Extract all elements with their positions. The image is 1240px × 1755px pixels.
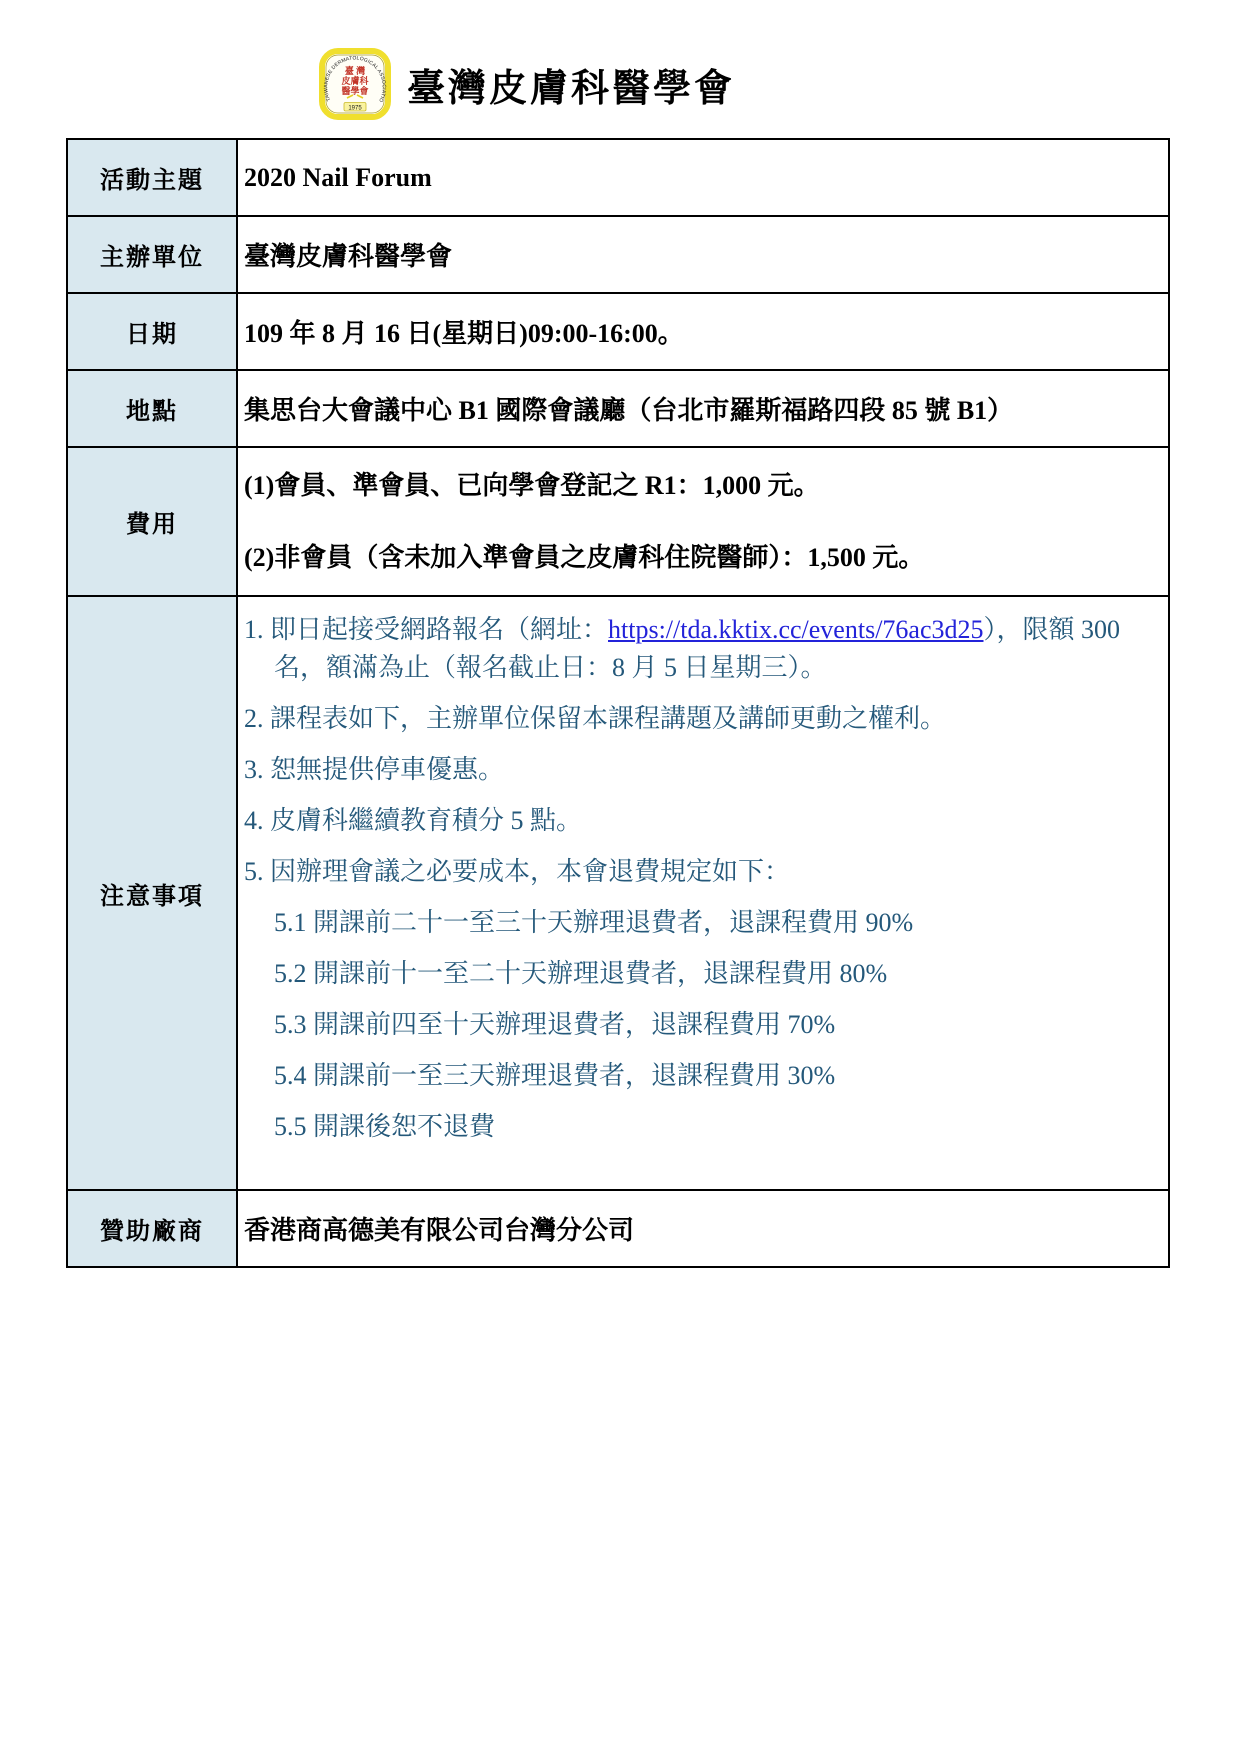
table-row: 注意事項 1. 即日起接受網路報名（網址：https://tda.kktix.c… xyxy=(67,596,1169,1190)
value-event-topic: 2020 Nail Forum xyxy=(237,139,1169,216)
logo-year: 1975 xyxy=(348,106,362,112)
note-item-3: 3. 恕無提供停車優惠。 xyxy=(244,751,1160,789)
value-organizer: 臺灣皮膚科醫學會 xyxy=(237,216,1169,293)
association-logo-icon: TAIWANESE DERMATOLOGICAL ASSOCIATION 臺 灣… xyxy=(318,47,392,121)
note-item-5-2: 5.2 開課前十一至二十天辦理退費者，退課程費用 80% xyxy=(274,955,1160,993)
note-item-2: 2. 課程表如下，主辦單位保留本課程講題及講師更動之權利。 xyxy=(244,700,1160,738)
table-row: 活動主題 2020 Nail Forum xyxy=(67,139,1169,216)
note-item-1: 1. 即日起接受網路報名（網址：https://tda.kktix.cc/eve… xyxy=(244,611,1160,687)
document-header: TAIWANESE DERMATOLOGICAL ASSOCIATION 臺 灣… xyxy=(0,0,1240,122)
label-event-topic: 活動主題 xyxy=(67,139,237,216)
table-row: 地點 集思台大會議中心 B1 國際會議廳（台北市羅斯福路四段 85 號 B1） xyxy=(67,370,1169,447)
note-item-5-3: 5.3 開課前四至十天辦理退費者，退課程費用 70% xyxy=(274,1006,1160,1044)
label-sponsor: 贊助廠商 xyxy=(67,1190,237,1267)
label-organizer: 主辦單位 xyxy=(67,216,237,293)
value-location: 集思台大會議中心 B1 國際會議廳（台北市羅斯福路四段 85 號 B1） xyxy=(237,370,1169,447)
value-fee: (1)會員、準會員、已向學會登記之 R1：1,000 元。 (2)非會員（含未加… xyxy=(237,447,1169,596)
table-row: 費用 (1)會員、準會員、已向學會登記之 R1：1,000 元。 (2)非會員（… xyxy=(67,447,1169,596)
logo-center-line-3: 醫學會 xyxy=(341,85,368,96)
note-item-4: 4. 皮膚科繼續教育積分 5 點。 xyxy=(244,802,1160,840)
table-row: 日期 109 年 8 月 16 日(星期日)09:00-16:00。 xyxy=(67,293,1169,370)
note-item-5: 5. 因辦理會議之必要成本，本會退費規定如下： xyxy=(244,853,1160,891)
logo-center-line-2: 皮膚科 xyxy=(341,75,369,86)
event-info-table: 活動主題 2020 Nail Forum 主辦單位 臺灣皮膚科醫學會 日期 10… xyxy=(66,138,1170,1268)
value-notes: 1. 即日起接受網路報名（網址：https://tda.kktix.cc/eve… xyxy=(237,596,1169,1190)
fee-member-line: (1)會員、準會員、已向學會登記之 R1：1,000 元。 xyxy=(244,468,1158,504)
table-row: 主辦單位 臺灣皮膚科醫學會 xyxy=(67,216,1169,293)
page-title: 臺灣皮膚科醫學會 xyxy=(407,57,735,112)
value-date: 109 年 8 月 16 日(星期日)09:00-16:00。 xyxy=(237,293,1169,370)
fee-nonmember-line: (2)非會員（含未加入準會員之皮膚科住院醫師）：1,500 元。 xyxy=(244,540,1158,576)
label-fee: 費用 xyxy=(67,447,237,596)
label-date: 日期 xyxy=(67,293,237,370)
note-item-5-4: 5.4 開課前一至三天辦理退費者，退課程費用 30% xyxy=(274,1057,1160,1095)
label-location: 地點 xyxy=(67,370,237,447)
value-sponsor: 香港商高德美有限公司台灣分公司 xyxy=(237,1190,1169,1267)
label-notes: 注意事項 xyxy=(67,596,237,1190)
note-1-prefix: 1. 即日起接受網路報名（網址： xyxy=(244,615,608,644)
table-row: 贊助廠商 香港商高德美有限公司台灣分公司 xyxy=(67,1190,1169,1267)
note-item-5-1: 5.1 開課前二十一至三十天辦理退費者，退課程費用 90% xyxy=(274,904,1160,942)
logo-center-line-1: 臺 灣 xyxy=(345,65,365,76)
note-item-5-5: 5.5 開課後恕不退費 xyxy=(274,1108,1160,1146)
registration-link[interactable]: https://tda.kktix.cc/events/76ac3d25 xyxy=(608,615,983,644)
